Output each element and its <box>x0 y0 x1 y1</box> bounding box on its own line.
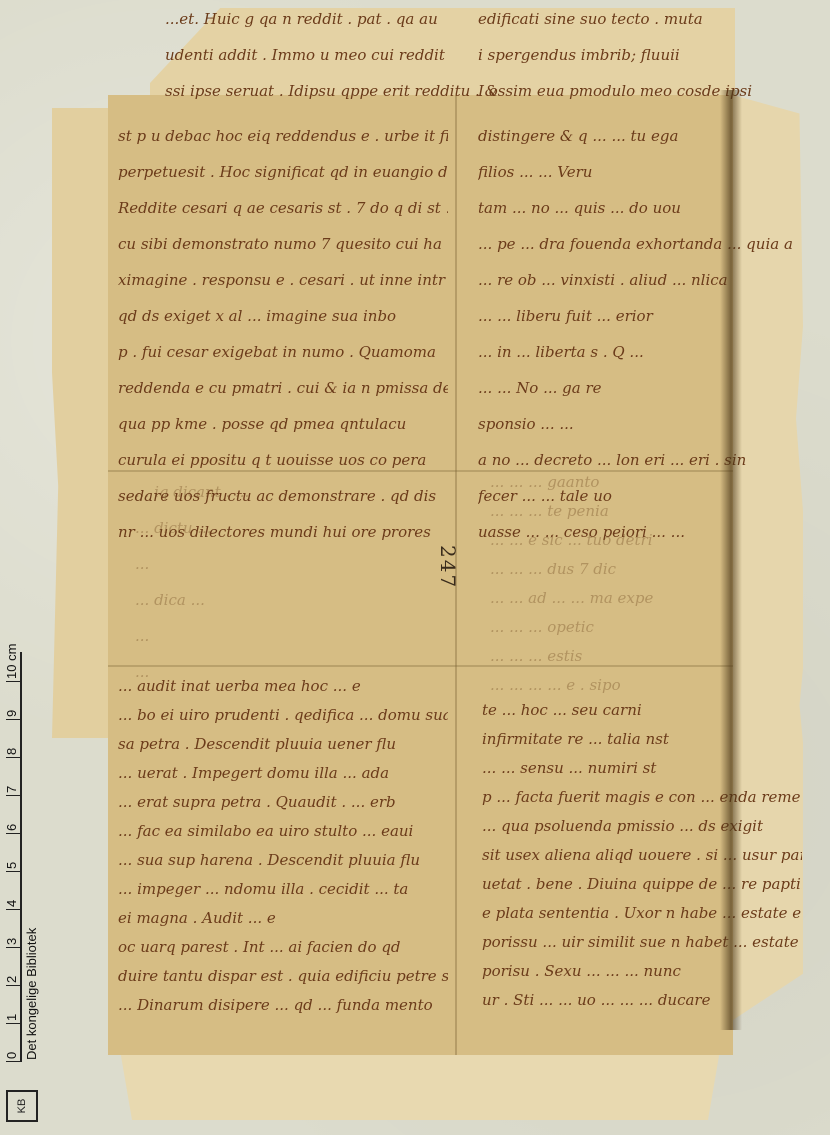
text-line: p ... facta fuerit magis e con ... enda … <box>482 783 802 812</box>
text-line: ... ... ... dus 7 dic <box>490 555 800 584</box>
tick-label: 4 <box>4 900 19 910</box>
text-line: ur . Sti ... ... uo ... ... ... ducare <box>482 986 802 1015</box>
tick-label: 6 <box>4 824 19 834</box>
text-line: oc uarq parest . Int ... ai facien do qd <box>118 933 448 962</box>
text-line: ... uerat . Impegert domu illa ... ada <box>118 759 448 788</box>
text-line: ... iq dicant . ... <box>135 476 445 512</box>
text-line: ... ... No ... ga re <box>478 370 798 406</box>
text-line: filios ... ... Veru <box>478 154 798 190</box>
text-line: ... <box>135 548 445 584</box>
folio-number: 247 <box>436 545 460 589</box>
tick-label: 7 <box>4 786 19 796</box>
text-line: ... erat supra petra . Quaudit . ... erb <box>118 788 448 817</box>
text-line: qd ds exiget x al ... imagine sua inbo <box>118 298 448 334</box>
left-flap <box>52 108 114 738</box>
text-line: perpetuesit . Hoc significat qd in euang… <box>118 154 448 190</box>
text-line: distingere & q ... ... tu ega <box>478 118 798 154</box>
right-column-lower: te ... hoc ... seu carni infirmitate re … <box>482 696 802 1015</box>
tick-label: 0 <box>4 1052 19 1062</box>
text-line: ... sua sup harena . Descendit pluuia fl… <box>118 846 448 875</box>
top-fragment-right: edificati sine suo tecto . muta i sperge… <box>478 2 752 110</box>
text-line: i spergendus imbrib; fluuii <box>478 38 752 74</box>
text-line: st p u debac hoc eiq reddendus e . urbe … <box>118 118 448 154</box>
text-line: ssi ipse seruat . Idipsu qppe erit reddi… <box>165 74 498 110</box>
text-line: ... impeger ... ndomu illa . cecidit ...… <box>118 875 448 904</box>
text-line: ... qua psoluenda pmissio ... ds exigit <box>482 812 802 841</box>
water-stain <box>720 90 742 1030</box>
text-line: ... ... liberu fuit ... erior <box>478 298 798 334</box>
text-line: ... ... ... opetic <box>490 613 800 642</box>
text-line: ... bo ei uiro prudenti . qedifica ... d… <box>118 701 448 730</box>
text-line: ... audit inat uerba mea hoc ... e <box>118 672 448 701</box>
text-line: duire tantu dispar est . quia edificiu p… <box>118 962 448 991</box>
text-line: ... dica ... <box>135 584 445 620</box>
text-line: sit usex aliena aliqd uouere . si ... us… <box>482 841 802 870</box>
text-line: porisu . Sexu ... ... ... nunc <box>482 957 802 986</box>
tick-label: 1 <box>4 1014 19 1024</box>
text-line: qua pp kme . posse qd pmea qntulacu <box>118 406 448 442</box>
tick-label: 9 <box>4 710 19 720</box>
text-line: udenti addit . Immo u meo cui reddit <box>165 38 498 74</box>
left-column-faded: ... iq dicant . ... ... dictu ... ... ..… <box>135 476 445 692</box>
text-line: curula ei ppositu q t uouisse uos co per… <box>118 442 448 478</box>
text-line: ei magna . Audit ... e <box>118 904 448 933</box>
scale-ruler: 0 1 2 3 4 5 6 7 8 9 10 cm Det kongelige … <box>4 640 44 1080</box>
text-line: cu sibi demonstrato numo 7 quesito cui h… <box>118 226 448 262</box>
logo-letters: KB <box>16 1099 28 1114</box>
ruler-body: 0 1 2 3 4 5 6 7 8 9 10 cm Det kongelige … <box>4 640 44 1080</box>
text-line: ... ... e sic ... tuo detri <box>490 526 800 555</box>
text-line: ximagine . responsu e . cesari . ut inne… <box>118 262 448 298</box>
text-line: ... dictu ... <box>135 512 445 548</box>
text-line: ... ... ... gaanto <box>490 468 800 497</box>
tick-label: 2 <box>4 976 19 986</box>
text-line: ... ... sensu ... numiri st <box>482 754 802 783</box>
text-line: Reddite cesari q ae cesaris st . 7 do q … <box>118 190 448 226</box>
text-line: ... ... ad ... ... ma expe <box>490 584 800 613</box>
text-line: ... ... ... te penia <box>490 497 800 526</box>
tick-label: 10 cm <box>4 644 19 682</box>
tick-label: 5 <box>4 862 19 872</box>
text-line: sa petra . Descendit pluuia uener flu <box>118 730 448 759</box>
ruler-line <box>20 652 22 1062</box>
text-line: ... Dinarum disipere ... qd ... funda me… <box>118 991 448 1020</box>
text-line: ... fac ea similabo ea uiro stulto ... e… <box>118 817 448 846</box>
text-line: ... re ob ... vinxisti . aliud ... nlica <box>478 262 798 298</box>
text-line: porissu ... uir similit sue n habet ... … <box>482 928 802 957</box>
right-column-middle: ... ... ... gaanto ... ... ... te penia … <box>490 468 800 700</box>
text-line: tam ... no ... quis ... do uou <box>478 190 798 226</box>
tick-label: 8 <box>4 748 19 758</box>
text-line: sponsio ... ... <box>478 406 798 442</box>
text-line: uetat . bene . Diuina quippe de ... re p… <box>482 870 802 899</box>
top-fragment-left: ...et. Huic g qa n reddit . pat . qa au … <box>165 2 498 110</box>
text-line: reddenda e cu pmatri . cui & ia n pmissa… <box>118 370 448 406</box>
text-line: ... ... ... estis <box>490 642 800 671</box>
text-line: e plata sententia . Uxor n habe ... esta… <box>482 899 802 928</box>
library-caption: Det kongelige Bibliotek <box>24 928 39 1060</box>
left-column-lower: ... audit inat uerba mea hoc ... e ... b… <box>118 672 448 1020</box>
text-line: ... <box>135 620 445 656</box>
bottom-flap <box>120 1050 720 1120</box>
tick-label: 3 <box>4 938 19 948</box>
text-line: edificati sine suo tecto . muta <box>478 2 752 38</box>
text-line: I ossim eua pmodulo meo cosde ipsi <box>478 74 752 110</box>
crown-logo-icon: KB <box>6 1090 38 1122</box>
text-line: ... in ... liberta s . Q ... <box>478 334 798 370</box>
text-line: te ... hoc ... seu carni <box>482 696 802 725</box>
text-line: p . fui cesar exigebat in numo . Quamoma <box>118 334 448 370</box>
text-line: ... pe ... dra fouenda exhortanda ... qu… <box>478 226 798 262</box>
text-line: infirmitate re ... talia nst <box>482 725 802 754</box>
text-line: ...et. Huic g qa n reddit . pat . qa au <box>165 2 498 38</box>
